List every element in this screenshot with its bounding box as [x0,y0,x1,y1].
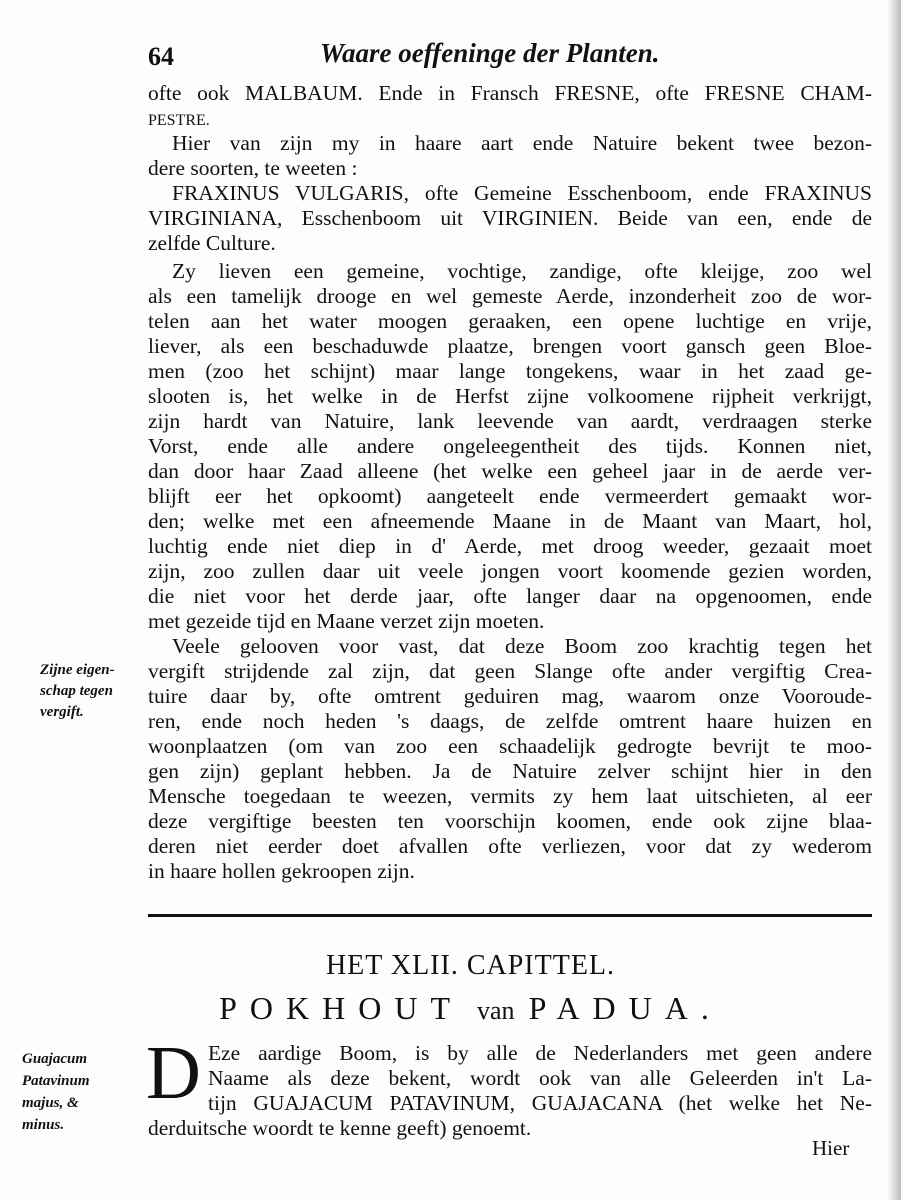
catchword: Hier [812,1136,849,1161]
drop-cap: D [146,1038,201,1108]
body-line: vergift strijdende zal zijn, dat geen Sl… [148,658,872,684]
body-line: tuire daar by, ofte omtrent geduiren mag… [148,683,872,709]
body-line: dan door haar Zaad alleene (het welke ee… [148,458,872,484]
body-line: Mensche toegedaan te weezen, vermits zy … [148,783,872,809]
chapter-body-line: derduitsche woordt te kenne geeft) genoe… [148,1115,872,1141]
margin-note-properties: Zijne eigen- schap tegen vergift. [40,660,115,723]
body-line: Veele gelooven voor vast, dat deze Boom … [172,633,872,659]
margin-note-line: vergift. [40,702,115,723]
body-line: Vorst, ende alle andere ongeleegentheit … [148,433,872,459]
chapter-number: HET XLII. CAPITTEL. [0,950,901,982]
body-line: den; welke met een afneemende Maane in d… [148,508,872,534]
body-line: met gezeide tijd en Maane verzet zijn mo… [148,608,872,634]
margin-note-line: Guajacum [22,1048,90,1070]
body-line: zelfde Culture. [148,230,872,256]
body-line: in haare hollen gekroopen zijn. [148,858,872,884]
body-line: blijft eer het opkoomt) aangeteelt ende … [148,483,872,509]
book-page: 64 Waare oeffeninge der Planten. ofte oo… [0,0,901,1200]
margin-note-line: majus, & [22,1092,90,1114]
page-number: 64 [148,42,174,72]
body-line: deren niet eerder doet afvallen ofte ver… [148,833,872,859]
body-line: dere soorten, te weeten : [148,155,872,181]
body-line: ofte ook MALBAUM. Ende in Fransch FRESNE… [148,80,872,106]
body-line: luchtig ende niet diep in d' Aerde, met … [148,533,872,559]
section-divider [148,914,872,917]
body-line: telen aan het water moogen geraaken, een… [148,308,872,334]
chapter-title: POKHOUTvanPADUA. [0,990,901,1027]
margin-note-guajacum: Guajacum Patavinum majus, & minus. [22,1048,90,1136]
body-line: deze vergiftige beesten ten voorschijn k… [148,808,872,834]
margin-note-line: Patavinum [22,1070,90,1092]
margin-note-line: minus. [22,1114,90,1136]
body-line: slooten is, het welke in de Herfst zijne… [148,383,872,409]
chapter-title-van: van [477,996,515,1025]
body-line: zijn hardt van Natuire, lank leevende va… [148,408,872,434]
chapter-title-part-b: PADUA. [529,990,722,1026]
running-title: Waare oeffeninge der Planten. [320,38,659,69]
body-line: Hier van zijn my in haare aart ende Natu… [172,130,872,156]
page-header: 64 Waare oeffeninge der Planten. [148,38,878,78]
body-line: liever, als een beschaduwde plaatze, bre… [148,333,872,359]
body-line: ren, ende noch heden 's daags, de zelfde… [148,708,872,734]
chapter-body-line: tijn GUAJACUM PATAVINUM, GUAJACANA (het … [208,1090,872,1116]
chapter-body-line: Eze aardige Boom, is by alle de Nederlan… [208,1040,872,1066]
body-line: Zy lieven een gemeine, vochtige, zandige… [172,258,872,284]
body-line: VIRGINIANA, Esschenboom uit VIRGINIEN. B… [148,205,872,231]
body-line: die niet voor het derde jaar, ofte lange… [148,583,872,609]
chapter-body-line: Naame als deze bekent, wordt ook van all… [208,1065,872,1091]
body-line: men (zoo het schijnt) maar lange tongeke… [148,358,872,384]
body-line: als een tamelijk drooge en wel gemeste A… [148,283,872,309]
chapter-title-part-a: POKHOUT [219,990,463,1026]
margin-note-line: schap tegen [40,681,115,702]
body-line: gen zijn) geplant hebben. Ja de Natuire … [148,758,872,784]
body-line: woonplaatzen (om van zoo een schaadelijk… [148,733,872,759]
margin-note-line: Zijne eigen- [40,660,115,681]
body-line: zijn, zoo zullen daar uit veele jongen v… [148,558,872,584]
body-line: FRAXINUS VULGARIS, ofte Gemeine Esschenb… [172,180,872,206]
